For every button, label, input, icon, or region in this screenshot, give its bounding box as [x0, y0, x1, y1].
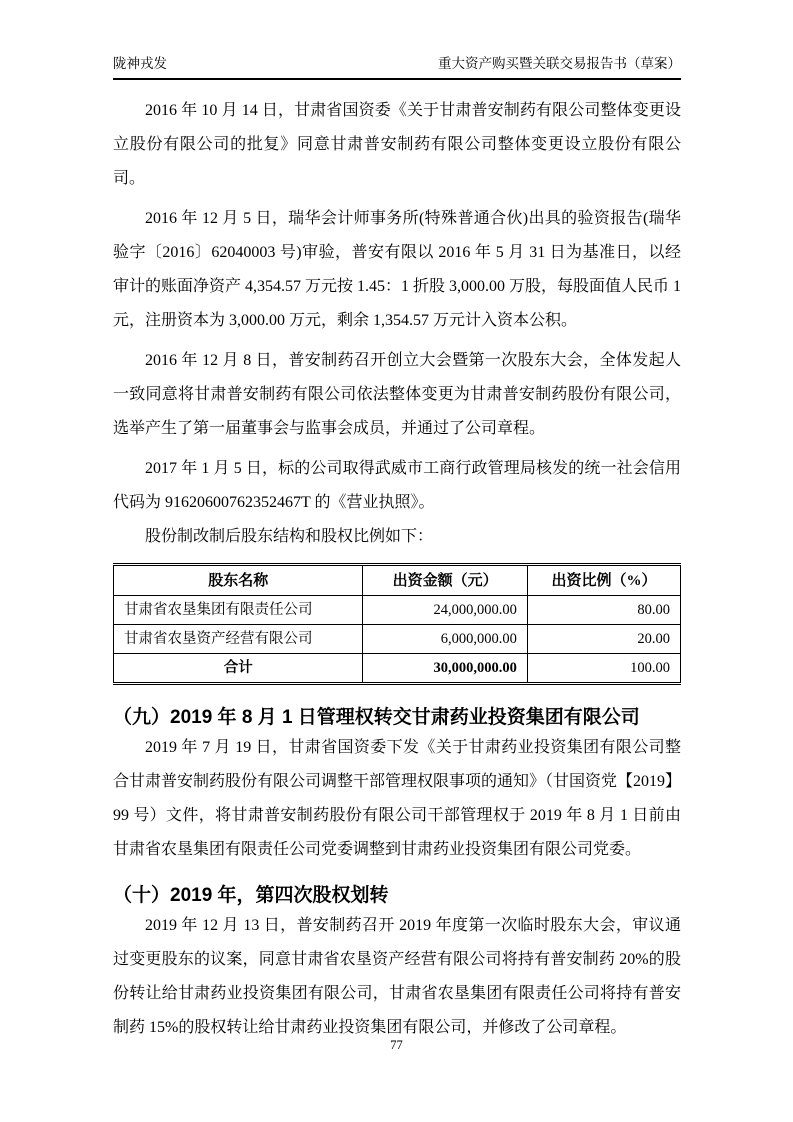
total-amount-cell: 30,000,000.00: [363, 654, 527, 684]
header-left-title: 陇神戎发: [113, 52, 167, 72]
header-right-title: 重大资产购买暨关联交易报告书（草案）: [438, 52, 681, 72]
paragraph-2016-12-8: 2016 年 12 月 8 日，普安制药召开创立大会暨第一次股东大会，全体发起人…: [113, 344, 681, 446]
page-header: 陇神戎发 重大资产购买暨关联交易报告书（草案）: [113, 52, 681, 80]
total-ratio-cell: 100.00: [527, 654, 680, 684]
paragraph-2017-1-5: 2017 年 1 月 5 日，标的公司取得武威市工商行政管理局核发的统一社会信用…: [113, 452, 681, 520]
contribution-amount-cell: 6,000,000.00: [363, 625, 527, 654]
table-row: 甘肃省农垦资产经营有限公司 6,000,000.00 20.00: [114, 625, 681, 654]
table-header-contribution-ratio: 出资比例（%）: [527, 565, 680, 596]
contribution-ratio-cell: 80.00: [527, 596, 680, 625]
shareholder-name-cell: 甘肃省农垦资产经营有限公司: [114, 625, 363, 654]
table-header-contribution-amount: 出资金额（元）: [363, 565, 527, 596]
table-header-row: 股东名称 出资金额（元） 出资比例（%）: [114, 565, 681, 596]
table-intro-line: 股份制改制后股东结构和股权比例如下：: [113, 520, 681, 554]
table-total-row: 合计 30,000,000.00 100.00: [114, 654, 681, 684]
contribution-ratio-cell: 20.00: [527, 625, 680, 654]
shareholder-structure-table: 股东名称 出资金额（元） 出资比例（%） 甘肃省农垦集团有限责任公司 24,00…: [113, 563, 681, 685]
section-9-heading: （九）2019 年 8 月 1 日管理权转交甘肃药业投资集团有限公司: [113, 705, 681, 731]
section-10-paragraph: 2019 年 12 月 13 日，普安制药召开 2019 年度第一次临时股东大会…: [113, 909, 681, 1045]
total-label-cell: 合计: [114, 654, 363, 684]
table-header-shareholder-name: 股东名称: [114, 565, 363, 596]
shareholder-name-cell: 甘肃省农垦集团有限责任公司: [114, 596, 363, 625]
page-number: 77: [390, 1038, 403, 1052]
page-content: 2016 年 10 月 14 日，甘肃省国资委《关于甘肃普安制药有限公司整体变更…: [113, 94, 681, 1045]
table-row: 甘肃省农垦集团有限责任公司 24,000,000.00 80.00: [114, 596, 681, 625]
paragraph-2016-12-5: 2016 年 12 月 5 日，瑞华会计师事务所(特殊普通合伙)出具的验资报告(…: [113, 202, 681, 338]
paragraph-2016-10-14: 2016 年 10 月 14 日，甘肃省国资委《关于甘肃普安制药有限公司整体变更…: [113, 94, 681, 196]
section-10-heading: （十）2019 年，第四次股权划转: [113, 883, 681, 909]
report-page: 陇神戎发 重大资产购买暨关联交易报告书（草案） 2016 年 10 月 14 日…: [0, 0, 793, 1122]
contribution-amount-cell: 24,000,000.00: [363, 596, 527, 625]
section-9-paragraph: 2019 年 7 月 19 日，甘肃省国资委下发《关于甘肃药业投资集团有限公司整…: [113, 731, 681, 867]
page-footer: 77: [0, 1038, 793, 1053]
